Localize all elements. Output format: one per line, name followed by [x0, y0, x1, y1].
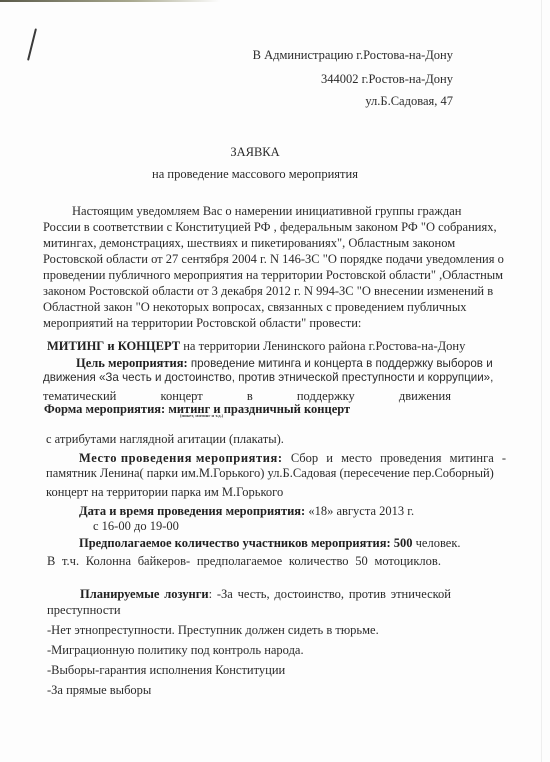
event-line: МИТИНГ и КОНЦЕРТ на территории Ленинског…: [47, 338, 465, 354]
slogan-item: -Выборы-гарантия исполнения Конституции: [47, 662, 285, 678]
pen-mark: [27, 28, 37, 61]
slogans-first-cont: преступности: [47, 602, 121, 618]
addressee-line-3: ул.Б.Садовая, 47: [365, 93, 453, 109]
place-text-3: концерт на территории парка им М.Горьког…: [46, 484, 283, 500]
place-text: Сбор и место проведения митинга -: [283, 451, 506, 465]
datetime-date: «18» августа 2013 г.: [305, 504, 414, 518]
slogan-item: -За прямые выборы: [47, 682, 151, 698]
addressee-line-2: 344002 г.Ростов-на-Дону: [321, 71, 453, 87]
datetime-time: с 16-00 до 19-00: [93, 518, 179, 534]
slogans-label: Планируемые: [80, 586, 159, 602]
goal-text-2: движения «За честь и достоинство, против…: [43, 370, 493, 386]
participants-unit: человек.: [413, 536, 461, 550]
goal-text: проведение митинга и концерта в поддержк…: [188, 357, 493, 370]
place-label: Место проведения мероприятия:: [79, 451, 283, 465]
slogan-item: -Миграционную политику под контроль наро…: [47, 642, 304, 658]
form-label: Форма мероприятия:: [44, 402, 165, 416]
document-title: ЗАЯВКА: [0, 145, 510, 160]
slogans-label-2: лозунги: [164, 586, 208, 602]
scan-top-edge: [0, 0, 220, 2]
goal-label: Цель мероприятия:: [76, 356, 188, 370]
bikers-line: В т.ч. Колонна байкеров- предполагаемое …: [47, 553, 441, 569]
form-continuation: с атрибутами наглядной агитации (плакаты…: [46, 431, 284, 447]
datetime-label: Дата и время проведения мероприятия:: [79, 504, 305, 518]
slogans-first-line: Планируемые лозунги: -За честь, достоинс…: [80, 586, 451, 602]
participants-label: Предполагаемое количество участников мер…: [79, 536, 413, 550]
place-text-2: памятник Ленина( парки им.М.Горького) ул…: [46, 465, 494, 481]
addressee-line-1: В Администрацию г.Ростова-на-Дону: [253, 47, 453, 63]
document-subtitle: на проведение массового мероприятия: [0, 167, 510, 182]
slogan-item: -Нет этнопреступности. Преступник должен…: [47, 622, 379, 638]
event-type: МИТИНГ и КОНЦЕРТ: [47, 339, 180, 353]
scan-right-edge: [541, 0, 542, 762]
form-hint: (пикет, митинг и т.д.): [180, 413, 223, 418]
event-location: на территории Ленинского района г.Ростов…: [180, 339, 465, 353]
